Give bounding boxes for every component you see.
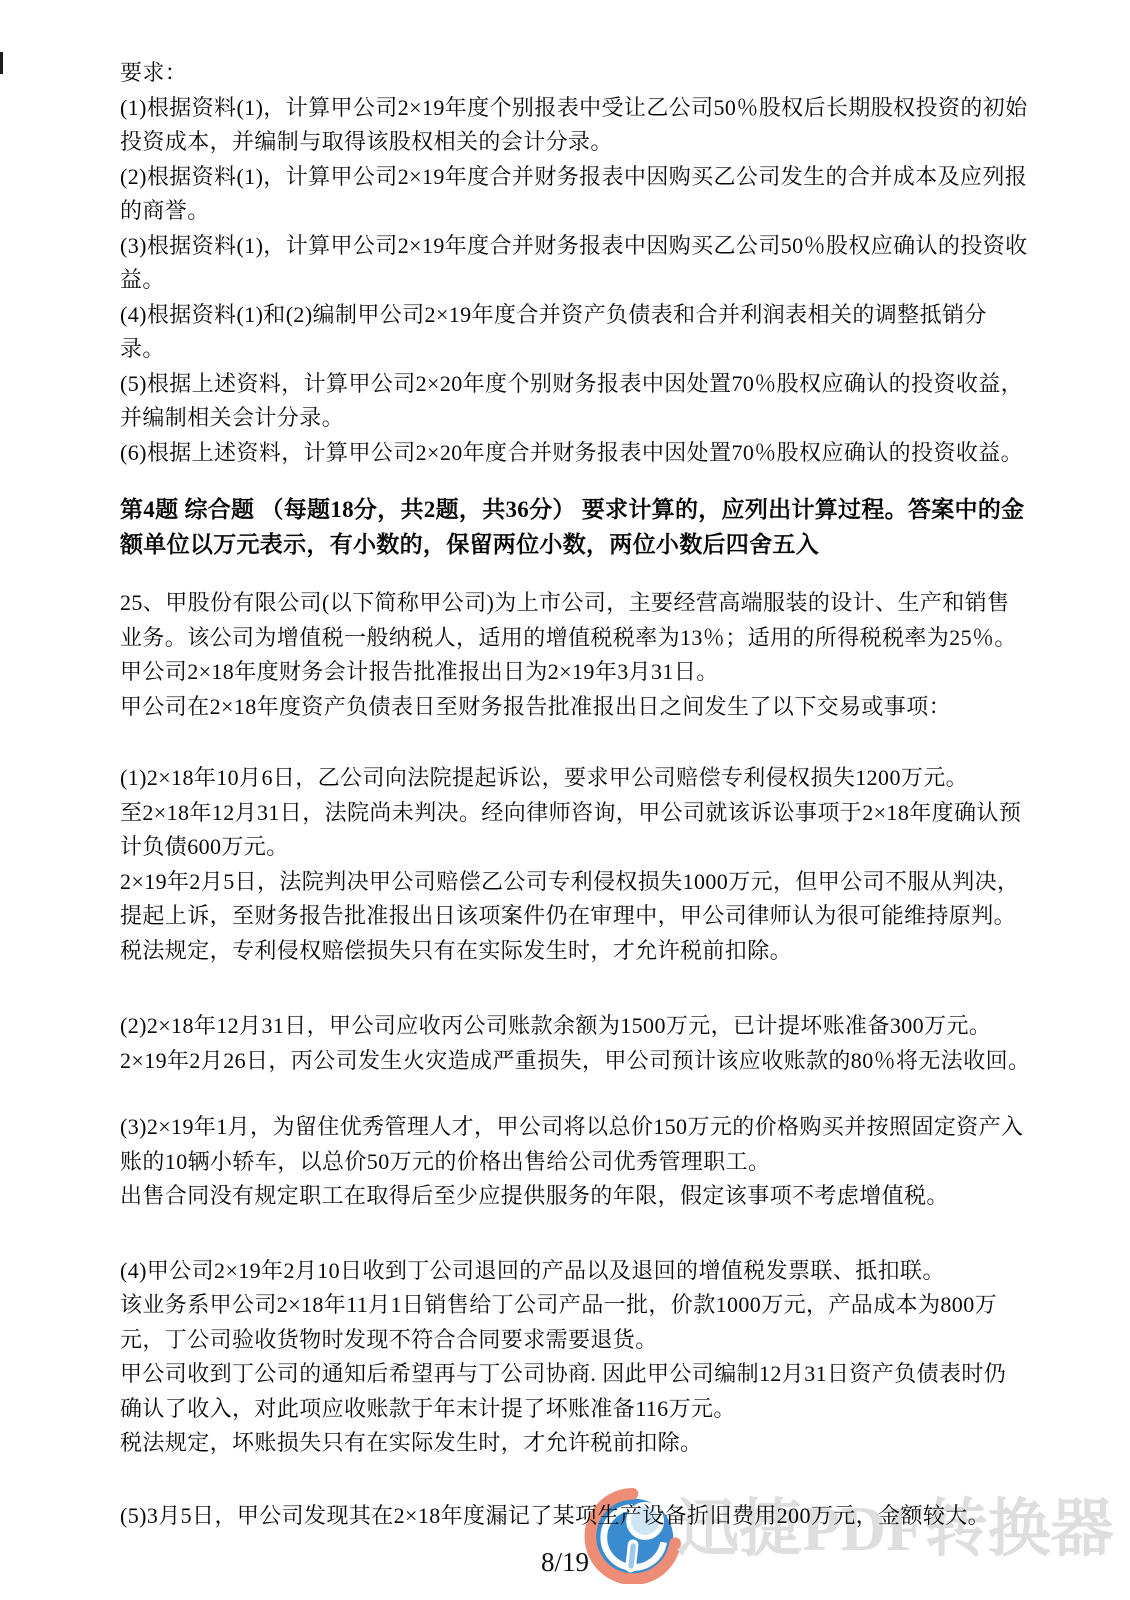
event-item-5: (5)3月5日，甲公司发现其在2×18年度漏记了某项生产设备折旧费用200万元，… [120,1499,1015,1534]
scan-artifact [0,52,3,74]
text-line: 甲公司2×18年度财务会计报告批准报出日为2×19年3月31日。 [120,655,1015,690]
text-line: (2)2×18年12月31日，甲公司应收丙公司账款余额为1500万元，已计提坏账… [120,1009,1015,1044]
text-line: 确认了收入，对此项应收账款于年末计提了坏账准备116万元。 [120,1392,1015,1427]
document-page: 迅捷PDF转换器 要求： (1)根据资料(1)，计算甲公司2×19年度个别报表中… [0,0,1130,1600]
text-line: 出售合同没有规定职工在取得后至少应提供服务的年限，假定该事项不考虑增值税。 [120,1179,1015,1214]
text-line: (4)根据资料(1)和(2)编制甲公司2×19年度合并资产负债表和合并利润表相关… [120,298,1015,333]
text-line: 投资成本，并编制与取得该股权相关的会计分录。 [120,125,1015,160]
text-line: 益。 [120,263,1015,298]
question-25-intro: 25、甲股份有限公司(以下简称甲公司)为上市公司，主要经营高端服装的设计、生产和… [120,586,1015,724]
text-line: 元，丁公司验收货物时发现不符合合同要求需要退货。 [120,1323,1015,1358]
text-line: 2×19年2月5日，法院判决甲公司赔偿乙公司专利侵权损失1000万元，但甲公司不… [120,865,1015,900]
section-4-heading: 第4题 综合题 （每题18分，共2题，共36分） 要求计算的，应列出计算过程。答… [120,493,1015,562]
text-line: 提起上诉，至财务报告批准报出日该项案件仍在审理中，甲公司律师认为很可能维持原判。 [120,899,1015,934]
event-item-3: (3)2×19年1月，为留住优秀管理人才，甲公司将以总价150万元的价格购买并按… [120,1110,1015,1214]
paragraph-requirements: 要求： (1)根据资料(1)，计算甲公司2×19年度个别报表中受让乙公司50％股… [120,56,1015,470]
document-body: 要求： (1)根据资料(1)，计算甲公司2×19年度个别报表中受让乙公司50％股… [120,56,1015,1533]
text-line: 甲公司收到丁公司的通知后希望再与丁公司协商. 因此甲公司编制12月31日资产负债… [120,1357,1015,1392]
text-line: (4)甲公司2×19年2月10日收到丁公司退回的产品以及退回的增值税发票联、抵扣… [120,1254,1015,1289]
text-line: 25、甲股份有限公司(以下简称甲公司)为上市公司，主要经营高端服装的设计、生产和… [120,586,1015,621]
text-line: (1)2×18年10月6日，乙公司向法院提起诉讼，要求甲公司赔偿专利侵权损失12… [120,761,1015,796]
text-line: (2)根据资料(1)，计算甲公司2×19年度合并财务报表中因购买乙公司发生的合并… [120,160,1015,195]
text-line: (3)2×19年1月，为留住优秀管理人才，甲公司将以总价150万元的价格购买并按… [120,1110,1015,1145]
page-number: 8/19 [0,1546,1130,1578]
event-item-2: (2)2×18年12月31日，甲公司应收丙公司账款余额为1500万元，已计提坏账… [120,1009,1015,1078]
text-line: (1)根据资料(1)，计算甲公司2×19年度个别报表中受让乙公司50％股权后长期… [120,91,1015,126]
text-line: 税法规定，坏账损失只有在实际发生时，才允许税前扣除。 [120,1426,1015,1461]
text-line: 业务。该公司为增值税一般纳税人，适用的增值税税率为13％；适用的所得税税率为25… [120,621,1015,656]
event-item-1: (1)2×18年10月6日，乙公司向法院提起诉讼，要求甲公司赔偿专利侵权损失12… [120,761,1015,968]
heading-line: 额单位以万元表示，有小数的，保留两位小数，两位小数后四舍五入 [120,528,1015,563]
text-line: 的商誉。 [120,194,1015,229]
text-line: 计负债600万元。 [120,830,1015,865]
text-line: (3)根据资料(1)，计算甲公司2×19年度合并财务报表中因购买乙公司50％股权… [120,229,1015,264]
text-line: 至2×18年12月31日，法院尚未判决。经向律师咨询，甲公司就该诉讼事项于2×1… [120,796,1015,831]
text-line: 并编制相关会计分录。 [120,401,1015,436]
text-line: 2×19年2月26日，丙公司发生火灾造成严重损失，甲公司预计该应收账款的80％将… [120,1044,1015,1079]
text-line: 税法规定，专利侵权赔偿损失只有在实际发生时，才允许税前扣除。 [120,934,1015,969]
text-line: 要求： [120,56,1015,91]
text-line: (6)根据上述资料，计算甲公司2×20年度合并财务报表中因处置70％股权应确认的… [120,436,1015,471]
text-line: (5)根据上述资料，计算甲公司2×20年度个别财务报表中因处置70％股权应确认的… [120,367,1015,402]
text-line: 甲公司在2×18年度资产负债表日至财务报告批准报出日之间发生了以下交易或事项： [120,690,1015,725]
text-line: 账的10辆小轿车，以总价50万元的价格出售给公司优秀管理职工。 [120,1145,1015,1180]
heading-line: 第4题 综合题 （每题18分，共2题，共36分） 要求计算的，应列出计算过程。答… [120,493,1015,528]
text-line: 该业务系甲公司2×18年11月1日销售给丁公司产品一批，价款1000万元，产品成… [120,1288,1015,1323]
text-line: (5)3月5日，甲公司发现其在2×18年度漏记了某项生产设备折旧费用200万元，… [120,1499,1015,1534]
text-line: 录。 [120,332,1015,367]
event-item-4: (4)甲公司2×19年2月10日收到丁公司退回的产品以及退回的增值税发票联、抵扣… [120,1254,1015,1461]
